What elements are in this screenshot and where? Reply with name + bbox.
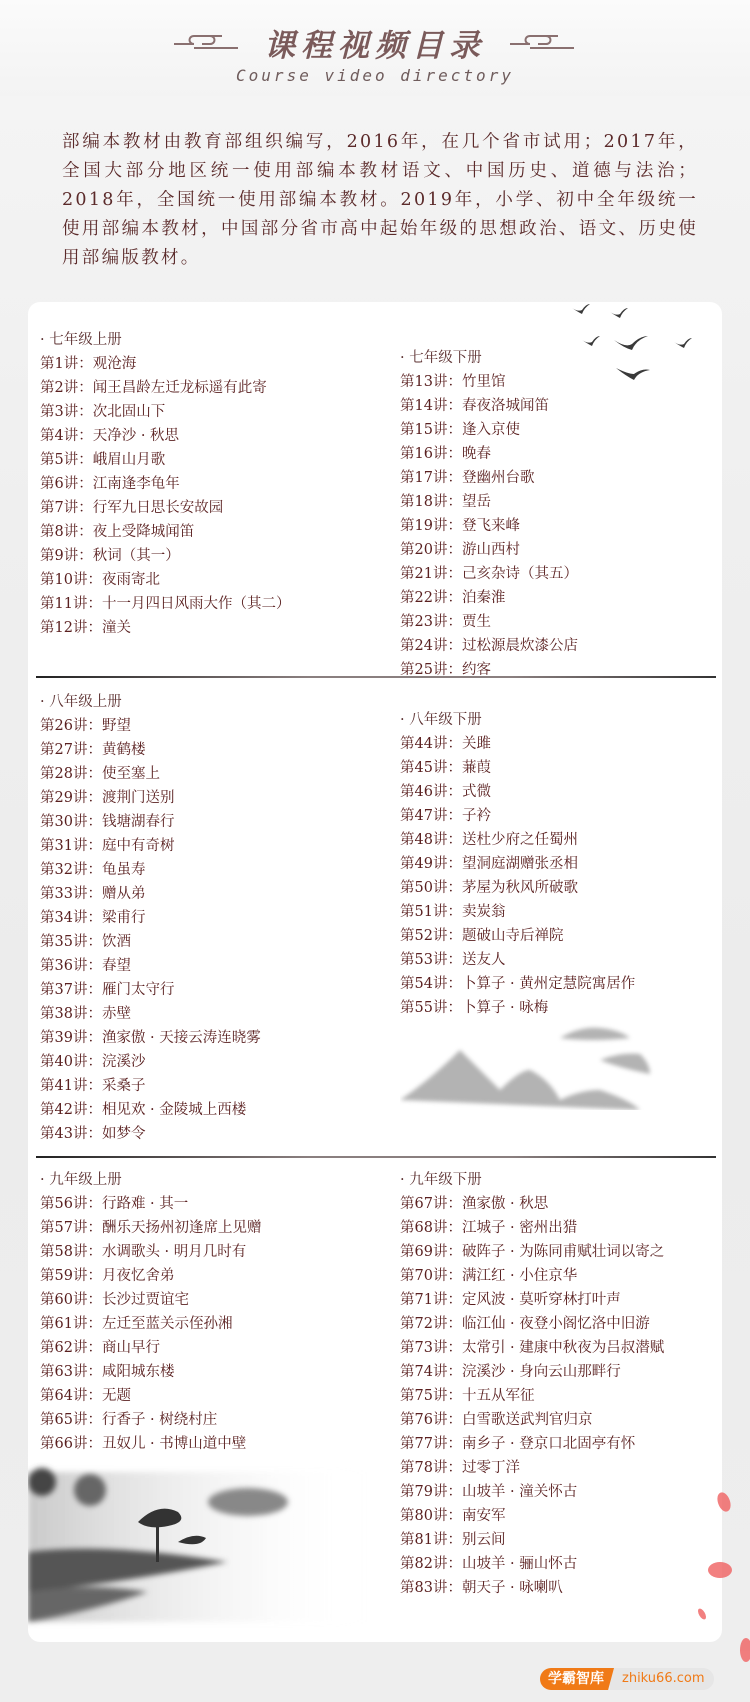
lesson-item: 第65讲：行香子 · 树绕村庄 bbox=[40, 1408, 261, 1432]
watermark-brand: 学霸智库 bbox=[540, 1668, 614, 1690]
header-banner: 课程视频目录 Course video directory bbox=[0, 0, 750, 96]
lesson-item: 第63讲：咸阳城东楼 bbox=[40, 1360, 261, 1384]
lesson-item: 第37讲：雁门太守行 bbox=[40, 978, 261, 1002]
lesson-item: 第5讲：峨眉山月歌 bbox=[40, 448, 290, 472]
lesson-item: 第38讲：赤壁 bbox=[40, 1002, 261, 1026]
ink-landscape-illustration bbox=[28, 1462, 368, 1642]
lesson-item: 第20讲：游山西村 bbox=[400, 538, 578, 562]
lesson-item: 第78讲：过零丁洋 bbox=[400, 1456, 664, 1480]
lesson-item: 第70讲：满江红 · 小住京华 bbox=[400, 1264, 664, 1288]
lesson-item: 第35讲：饮酒 bbox=[40, 930, 261, 954]
volume-grade9-second: · 九年级下册 第67讲：渔家傲 · 秋思第68讲：江城子 · 密州出猎第69讲… bbox=[400, 1168, 664, 1600]
lesson-item: 第22讲：泊秦淮 bbox=[400, 586, 578, 610]
lesson-item: 第73讲：太常引 · 建康中秋夜为吕叔潜赋 bbox=[400, 1336, 664, 1360]
lesson-item: 第28讲：使至塞上 bbox=[40, 762, 261, 786]
lesson-item: 第74讲：浣溪沙 · 身向云山那畔行 bbox=[400, 1360, 664, 1384]
lesson-item: 第81讲：别云间 bbox=[400, 1528, 664, 1552]
lesson-list: 第26讲：野望第27讲：黄鹤楼第28讲：使至塞上第29讲：渡荆门送别第30讲：钱… bbox=[40, 714, 261, 1146]
lesson-item: 第25讲：约客 bbox=[400, 658, 578, 682]
lesson-item: 第49讲：望洞庭湖赠张丞相 bbox=[400, 852, 635, 876]
lesson-item: 第3讲：次北固山下 bbox=[40, 400, 290, 424]
section-divider bbox=[36, 1156, 716, 1158]
lesson-item: 第40讲：浣溪沙 bbox=[40, 1050, 261, 1074]
lesson-item: 第82讲：山坡羊 · 骊山怀古 bbox=[400, 1552, 664, 1576]
lesson-item: 第75讲：十五从军征 bbox=[400, 1384, 664, 1408]
volume-title: · 八年级上册 bbox=[40, 690, 261, 714]
lesson-item: 第43讲：如梦令 bbox=[40, 1122, 261, 1146]
lesson-item: 第33讲：赠从弟 bbox=[40, 882, 261, 906]
lesson-list: 第13讲：竹里馆第14讲：春夜洛城闻笛第15讲：逢入京使第16讲：晚春第17讲：… bbox=[400, 370, 578, 682]
volume-title: · 八年级下册 bbox=[400, 708, 635, 732]
lesson-item: 第67讲：渔家傲 · 秋思 bbox=[400, 1192, 664, 1216]
volume-title: · 七年级下册 bbox=[400, 346, 578, 370]
lesson-item: 第46讲：式微 bbox=[400, 780, 635, 804]
site-watermark: 学霸智库 zhiku66.com bbox=[540, 1668, 714, 1690]
lesson-item: 第26讲：野望 bbox=[40, 714, 261, 738]
lesson-list: 第1讲：观沧海第2讲：闻王昌龄左迁龙标遥有此寄第3讲：次北固山下第4讲：天净沙 … bbox=[40, 352, 290, 640]
lesson-item: 第71讲：定风波 · 莫听穿林打叶声 bbox=[400, 1288, 664, 1312]
lesson-item: 第66讲：丑奴儿 · 书博山道中壁 bbox=[40, 1432, 261, 1456]
lesson-item: 第10讲：夜雨寄北 bbox=[40, 568, 290, 592]
lesson-item: 第45讲：蒹葭 bbox=[400, 756, 635, 780]
volume-title: · 七年级上册 bbox=[40, 328, 290, 352]
lesson-item: 第7讲：行军九日思长安故园 bbox=[40, 496, 290, 520]
page-subtitle: Course video directory bbox=[0, 66, 750, 85]
lesson-item: 第60讲：长沙过贾谊宅 bbox=[40, 1288, 261, 1312]
lesson-item: 第44讲：关雎 bbox=[400, 732, 635, 756]
lesson-item: 第1讲：观沧海 bbox=[40, 352, 290, 376]
volume-title: · 九年级下册 bbox=[400, 1168, 664, 1192]
lesson-item: 第32讲：龟虽寿 bbox=[40, 858, 261, 882]
lesson-item: 第29讲：渡荆门送别 bbox=[40, 786, 261, 810]
lesson-list: 第67讲：渔家傲 · 秋思第68讲：江城子 · 密州出猎第69讲：破阵子 · 为… bbox=[400, 1192, 664, 1600]
lesson-item: 第55讲：卜算子 · 咏梅 bbox=[400, 996, 635, 1020]
lesson-item: 第36讲：春望 bbox=[40, 954, 261, 978]
lesson-item: 第34讲：梁甫行 bbox=[40, 906, 261, 930]
volume-grade7-first: · 七年级上册 第1讲：观沧海第2讲：闻王昌龄左迁龙标遥有此寄第3讲：次北固山下… bbox=[40, 328, 290, 640]
lesson-item: 第69讲：破阵子 · 为陈同甫赋壮词以寄之 bbox=[400, 1240, 664, 1264]
lesson-item: 第2讲：闻王昌龄左迁龙标遥有此寄 bbox=[40, 376, 290, 400]
volume-grade8-second: · 八年级下册 第44讲：关雎第45讲：蒹葭第46讲：式微第47讲：子衿第48讲… bbox=[400, 708, 635, 1020]
lesson-item: 第80讲：南安军 bbox=[400, 1504, 664, 1528]
lesson-item: 第53讲：送友人 bbox=[400, 948, 635, 972]
lesson-item: 第58讲：水调歌头 · 明月几时有 bbox=[40, 1240, 261, 1264]
lesson-item: 第19讲：登飞来峰 bbox=[400, 514, 578, 538]
lesson-item: 第30讲：钱塘湖春行 bbox=[40, 810, 261, 834]
lesson-item: 第76讲：白雪歌送武判官归京 bbox=[400, 1408, 664, 1432]
lesson-item: 第27讲：黄鹤楼 bbox=[40, 738, 261, 762]
volume-grade7-second: · 七年级下册 第13讲：竹里馆第14讲：春夜洛城闻笛第15讲：逢入京使第16讲… bbox=[400, 346, 578, 682]
lesson-item: 第13讲：竹里馆 bbox=[400, 370, 578, 394]
lesson-item: 第39讲：渔家傲 · 天接云涛连晓雾 bbox=[40, 1026, 261, 1050]
title-row: 课程视频目录 bbox=[0, 22, 750, 62]
lesson-item: 第77讲：南乡子 · 登京口北固亭有怀 bbox=[400, 1432, 664, 1456]
lesson-item: 第41讲：采桑子 bbox=[40, 1074, 261, 1098]
lesson-item: 第6讲：江南逢李龟年 bbox=[40, 472, 290, 496]
lesson-item: 第4讲：天净沙 · 秋思 bbox=[40, 424, 290, 448]
lesson-item: 第18讲：望岳 bbox=[400, 490, 578, 514]
lesson-item: 第21讲：己亥杂诗（其五） bbox=[400, 562, 578, 586]
cloud-ornament-right-icon bbox=[508, 30, 578, 54]
volume-grade9-first: · 九年级上册 第56讲：行路难 · 其一第57讲：酬乐天扬州初逢席上见赠第58… bbox=[40, 1168, 261, 1456]
lesson-item: 第15讲：逢入京使 bbox=[400, 418, 578, 442]
lesson-item: 第48讲：送杜少府之任蜀州 bbox=[400, 828, 635, 852]
lesson-item: 第24讲：过松源晨炊漆公店 bbox=[400, 634, 578, 658]
volume-title: · 九年级上册 bbox=[40, 1168, 261, 1192]
lesson-item: 第51讲：卖炭翁 bbox=[400, 900, 635, 924]
lesson-item: 第47讲：子衿 bbox=[400, 804, 635, 828]
page-title: 课程视频目录 bbox=[264, 20, 486, 65]
cloud-ornament-left-icon bbox=[172, 30, 242, 54]
lesson-item: 第12讲：潼关 bbox=[40, 616, 290, 640]
lesson-item: 第16讲：晚春 bbox=[400, 442, 578, 466]
lesson-item: 第23讲：贾生 bbox=[400, 610, 578, 634]
intro-paragraph: 部编本教材由教育部组织编写，2016年，在几个省市试用；2017年，全国大部分地… bbox=[62, 128, 698, 273]
lesson-item: 第68讲：江城子 · 密州出猎 bbox=[400, 1216, 664, 1240]
lesson-item: 第31讲：庭中有奇树 bbox=[40, 834, 261, 858]
lesson-item: 第54讲：卜算子 · 黄州定慧院寓居作 bbox=[400, 972, 635, 996]
lesson-item: 第42讲：相见欢 · 金陵城上西楼 bbox=[40, 1098, 261, 1122]
lesson-item: 第62讲：商山早行 bbox=[40, 1336, 261, 1360]
lesson-item: 第17讲：登幽州台歌 bbox=[400, 466, 578, 490]
lesson-item: 第64讲：无题 bbox=[40, 1384, 261, 1408]
watermark-url: zhiku66.com bbox=[610, 1668, 714, 1690]
lesson-item: 第72讲：临江仙 · 夜登小阁忆洛中旧游 bbox=[400, 1312, 664, 1336]
lesson-item: 第14讲：春夜洛城闻笛 bbox=[400, 394, 578, 418]
lesson-item: 第83讲：朝天子 · 咏喇叭 bbox=[400, 1576, 664, 1600]
lesson-item: 第11讲：十一月四日风雨大作（其二） bbox=[40, 592, 290, 616]
lesson-item: 第57讲：酬乐天扬州初逢席上见赠 bbox=[40, 1216, 261, 1240]
lesson-item: 第59讲：月夜忆舍弟 bbox=[40, 1264, 261, 1288]
lesson-item: 第61讲：左迁至蓝关示侄孙湘 bbox=[40, 1312, 261, 1336]
lesson-item: 第50讲：茅屋为秋风所破歌 bbox=[400, 876, 635, 900]
volume-grade8-first: · 八年级上册 第26讲：野望第27讲：黄鹤楼第28讲：使至塞上第29讲：渡荆门… bbox=[40, 690, 261, 1146]
lesson-item: 第8讲：夜上受降城闻笛 bbox=[40, 520, 290, 544]
course-directory-panel: · 七年级上册 第1讲：观沧海第2讲：闻王昌龄左迁龙标遥有此寄第3讲：次北固山下… bbox=[28, 302, 722, 1642]
ink-mountains-illustration bbox=[400, 1020, 700, 1110]
lesson-item: 第9讲：秋词（其一） bbox=[40, 544, 290, 568]
flying-birds-icon bbox=[570, 300, 730, 400]
lesson-item: 第56讲：行路难 · 其一 bbox=[40, 1192, 261, 1216]
lesson-list: 第44讲：关雎第45讲：蒹葭第46讲：式微第47讲：子衿第48讲：送杜少府之任蜀… bbox=[400, 732, 635, 1020]
lesson-item: 第52讲：题破山寺后禅院 bbox=[400, 924, 635, 948]
lesson-list: 第56讲：行路难 · 其一第57讲：酬乐天扬州初逢席上见赠第58讲：水调歌头 ·… bbox=[40, 1192, 261, 1456]
section-divider bbox=[36, 676, 716, 678]
lesson-item: 第79讲：山坡羊 · 潼关怀古 bbox=[400, 1480, 664, 1504]
